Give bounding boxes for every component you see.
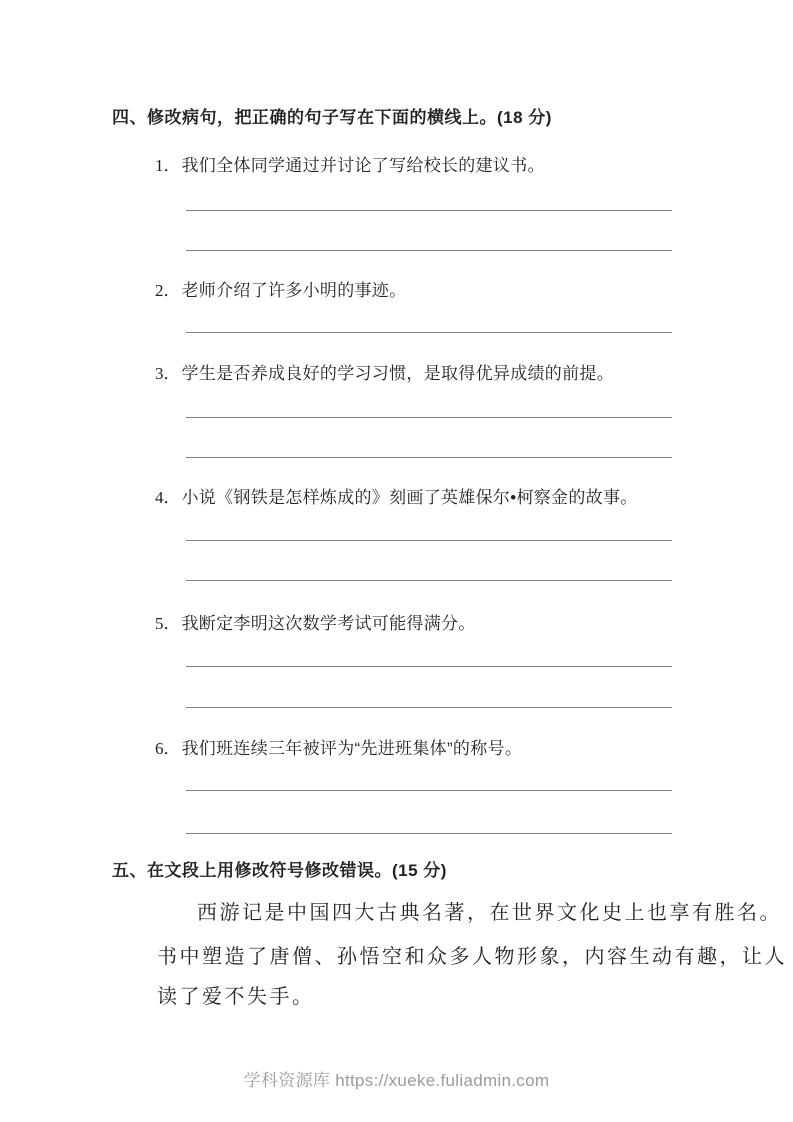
question-5-number: 5．	[155, 614, 181, 633]
answer-line	[186, 457, 672, 458]
answer-line	[186, 666, 672, 667]
passage-line-1: 西游记是中国四大古典名著，在世界文化史上也享有胜名。	[197, 896, 782, 925]
question-item-5: 5．我断定李明这次数学考试可能得满分。	[155, 609, 476, 634]
question-item-6: 6．我们班连续三年被评为“先进班集体”的称号。	[155, 734, 522, 759]
answer-line	[186, 707, 672, 708]
answer-line	[186, 790, 672, 791]
answer-line	[186, 833, 672, 834]
question-4-text: 小说《钢铁是怎样炼成的》刻画了英雄保尔•柯察金的故事。	[182, 488, 638, 507]
question-item-4: 4．小说《钢铁是怎样炼成的》刻画了英雄保尔•柯察金的故事。	[155, 483, 638, 508]
section-4-heading: 四、修改病句，把正确的句子写在下面的横线上。(18 分)	[112, 103, 552, 128]
answer-line	[186, 540, 672, 541]
question-2-number: 2．	[155, 281, 181, 300]
question-5-text: 我断定李明这次数学考试可能得满分。	[182, 614, 476, 633]
question-4-number: 4．	[155, 488, 181, 507]
footer-watermark: 学科资源库 https://xueke.fuliadmin.com	[0, 1066, 793, 1091]
answer-line	[186, 417, 672, 418]
question-3-number: 3．	[155, 364, 181, 383]
passage-line-2: 书中塑造了唐僧、孙悟空和众多人物形象，内容生动有趣，让人	[157, 940, 787, 969]
question-2-text: 老师介绍了许多小明的事迹。	[182, 281, 407, 300]
question-1-text: 我们全体同学通过并讨论了写给校长的建议书。	[182, 156, 545, 175]
question-3-text: 学生是否养成良好的学习习惯，是取得优异成绩的前提。	[182, 364, 615, 383]
question-6-number: 6．	[155, 739, 181, 758]
question-1-number: 1．	[155, 156, 181, 175]
answer-line	[186, 250, 672, 251]
section-5-heading: 五、在文段上用修改符号修改错误。(15 分)	[112, 856, 447, 881]
passage-line-3: 读了爱不失手。	[157, 980, 315, 1009]
question-item-3: 3．学生是否养成良好的学习习惯，是取得优异成绩的前提。	[155, 359, 614, 384]
question-item-1: 1．我们全体同学通过并讨论了写给校长的建议书。	[155, 151, 545, 176]
answer-line	[186, 332, 672, 333]
answer-line	[186, 580, 672, 581]
answer-line	[186, 210, 672, 211]
question-6-text: 我们班连续三年被评为“先进班集体”的称号。	[182, 739, 523, 758]
question-item-2: 2．老师介绍了许多小明的事迹。	[155, 276, 406, 301]
worksheet-page: 四、修改病句，把正确的句子写在下面的横线上。(18 分) 1．我们全体同学通过并…	[0, 0, 793, 1122]
